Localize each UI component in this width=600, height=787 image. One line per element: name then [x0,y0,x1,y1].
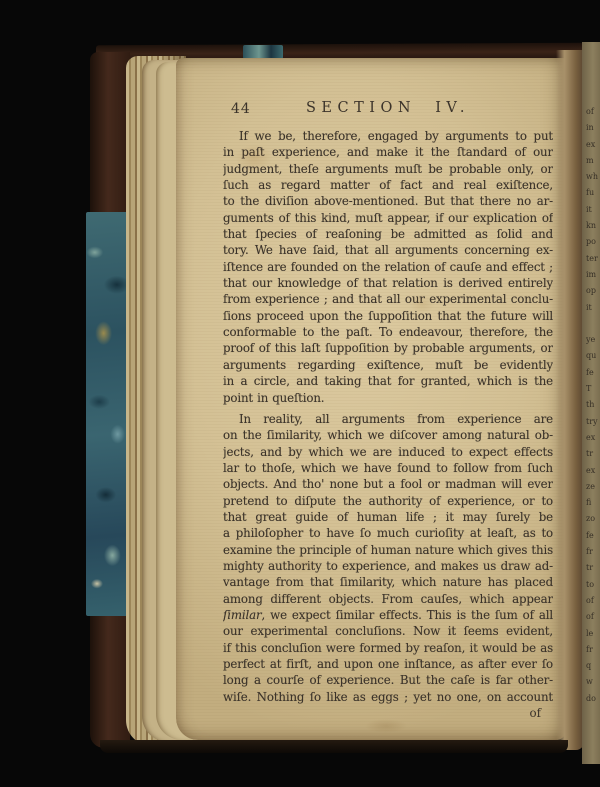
facing-text-fragment: qu [586,348,600,364]
text-line: vantage from that ſimilarity, which natu… [223,574,553,590]
text-line: to the diviſion above-mentioned. But tha… [223,193,553,209]
facing-text-fragment: im [586,267,600,283]
text-line: long a courſe of experience. But the caſ… [223,672,553,688]
facing-text-fragment [586,316,600,332]
facing-text-fragment: of [586,593,600,609]
facing-text-fragment: tr [586,560,600,576]
text-line: arguments regarding exiſtence, muſt be e… [223,357,553,373]
facing-text-fragment: fe [586,365,600,381]
text-line: examine the principle of human nature wh… [223,542,553,558]
facing-text-fragment: ex [586,430,600,446]
section-title: SECTION IV. [223,100,553,116]
text-line: in a circle, and taking that for granted… [223,373,553,389]
text-line: In reality, all arguments from experienc… [223,411,553,427]
book-photo: 44 SECTION IV. If we be, therefore, enga… [0,0,600,787]
text-line: tory. We have ſaid, that all arguments c… [223,242,553,258]
text-line: ſimilar, we expect ſimilar effects. This… [223,607,553,623]
catchword: of [223,705,553,721]
text-line: ſuch as regard matter of fact and real e… [223,177,553,193]
book-bottom-shadow [100,740,568,753]
facing-text-fragment: it [586,300,600,316]
facing-text-fragment: kn [586,218,600,234]
text-line: objects. And tho' none but a fool or mad… [223,476,553,492]
text-line: iſtence are founded on the relation of c… [223,259,553,275]
paragraph-1: If we be, therefore, engaged by argument… [223,128,553,406]
facing-text-fragment: op [586,283,600,299]
facing-text-fragment: fe [586,528,600,544]
marbled-board-edge [243,45,283,59]
facing-text-fragment: of [586,609,600,625]
facing-text-fragment: fr [586,642,600,658]
page-content: 44 SECTION IV. If we be, therefore, enga… [176,58,566,740]
facing-text-fragment: le [586,626,600,642]
facing-text-fragment: q [586,658,600,674]
facing-text-fragment: do [586,691,600,707]
facing-text-fragment: ze [586,479,600,495]
text-line: If we be, therefore, engaged by argument… [223,128,553,144]
text-line: our experimental concluſions. Now it ſee… [223,623,553,639]
facing-text-fragment: try [586,414,600,430]
facing-text-fragment: zo [586,511,600,527]
text-line: ſions proceed upon the ſuppoſition that … [223,308,553,324]
facing-text-fragment: of [586,104,600,120]
facing-text-fragment: in [586,120,600,136]
text-line: lar to thoſe, which we have found to fol… [223,460,553,476]
text-line: in paſt experience, and make it the ſtan… [223,144,553,160]
text-line: point in queſtion. [223,390,553,406]
text-line: mighty authority to experience, and make… [223,558,553,574]
facing-text-fragment: th [586,397,600,413]
facing-text-fragment: it [586,202,600,218]
book-page: 44 SECTION IV. If we be, therefore, enga… [176,58,566,740]
facing-text-fragment: m [586,153,600,169]
text-line: if this concluſion were formed by reaſon… [223,640,553,656]
facing-text-fragment: fu [586,185,600,201]
text-line: wiſe. Nothing ſo like as eggs ; yet no o… [223,689,553,705]
facing-text-fragment: fr [586,544,600,560]
page-number: 44 [231,101,251,117]
facing-text-fragment: po [586,234,600,250]
text-line: from experience ; and that all our exper… [223,291,553,307]
text-line: conformable to the paſt. To endeavour, t… [223,324,553,340]
text-line: on the ſimilarity, which we diſcover amo… [223,427,553,443]
facing-page-sliver: ofinexmwhfuitknpoterimopityequfeTthtryex… [582,42,600,764]
facing-text-fragment: w [586,674,600,690]
facing-text-fragment: ex [586,137,600,153]
text-line: perfect at firſt, and upon one inſtance,… [223,656,553,672]
facing-text-fragment: to [586,577,600,593]
facing-text-fragment: ter [586,251,600,267]
text-line: among different objects. From cauſes, wh… [223,591,553,607]
text-line: that our knowledge of that relation is d… [223,275,553,291]
page-gutter-edge [556,50,584,750]
text-line: that ſpecies of reaſoning be admitted as… [223,226,553,242]
facing-text-fragment: T [586,381,600,397]
facing-text-fragment: tr [586,446,600,462]
paragraph-2: In reality, all arguments from experienc… [223,411,553,705]
text-line: guments of this kind, muſt appear, if ou… [223,210,553,226]
marbled-endpaper [86,212,130,616]
text-line: pretend to diſpute the authority of expe… [223,493,553,509]
facing-text-fragment: fi [586,495,600,511]
text-line: that great guide of human life ; it may … [223,509,553,525]
text-line: a philoſopher to have ſo much curioſity … [223,525,553,541]
page-header: 44 SECTION IV. [223,100,553,118]
text-line: jects, and by which we are induced to ex… [223,444,553,460]
facing-text-fragment: ex [586,463,600,479]
text-line: judgment, theſe arguments muſt be probab… [223,161,553,177]
text-line: proof of this laſt ſuppoſition by probab… [223,340,553,356]
facing-text-fragment: ye [586,332,600,348]
facing-text-fragment: wh [586,169,600,185]
